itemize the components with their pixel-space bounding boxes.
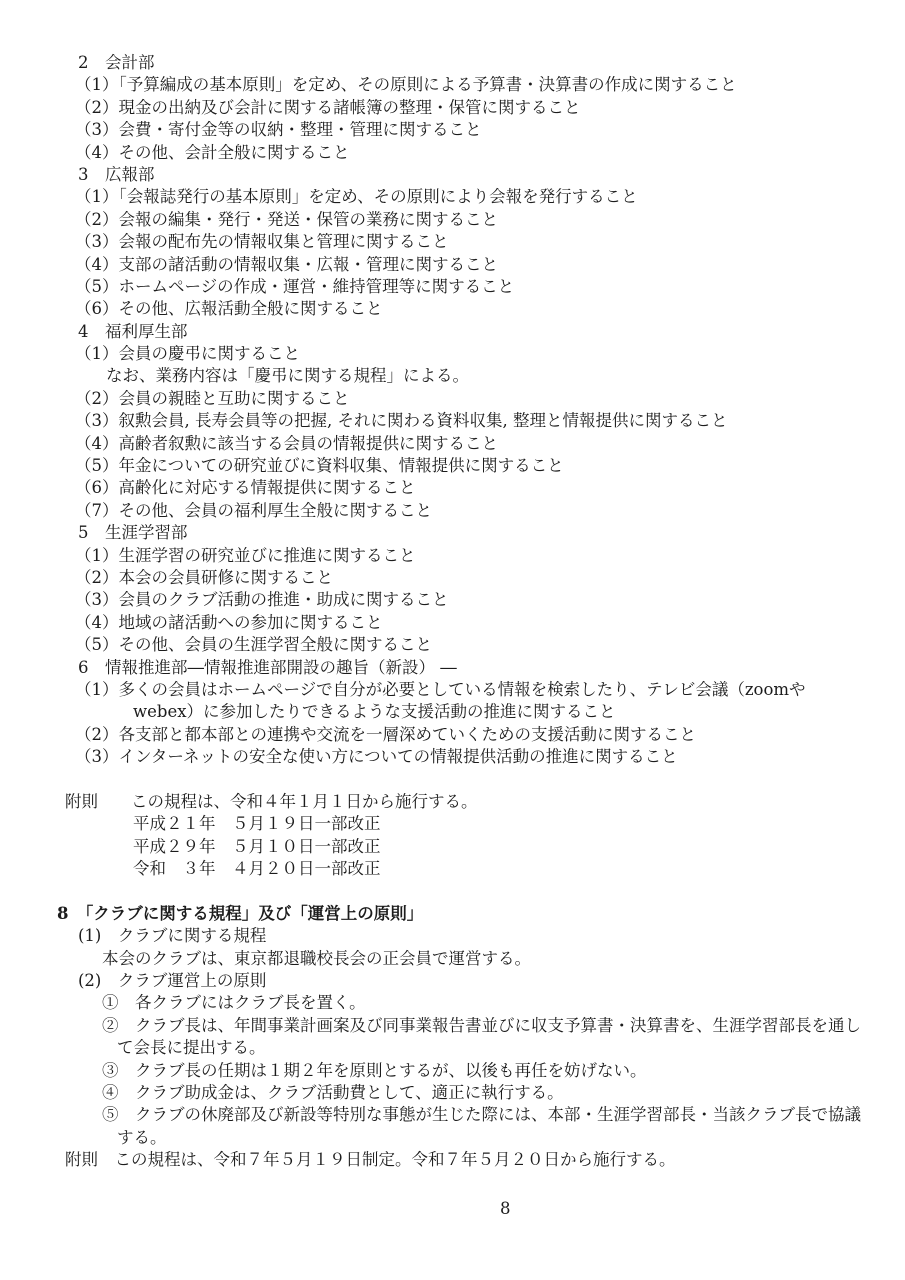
section-header: 3 広報部: [78, 164, 905, 186]
text-line: （7）その他、会員の福利厚生全般に関すること: [75, 500, 905, 522]
amendment-date: 平成２１年 ５月１９日一部改正: [133, 813, 905, 835]
section-heading: 8 「クラブに関する規程」及び「運営上の原則」: [57, 903, 905, 925]
text-line: て会長に提出する。: [117, 1037, 905, 1059]
text-line: （4）地域の諸活動への参加に関すること: [75, 612, 905, 634]
text-line: (1) クラブに関する規程: [78, 925, 905, 947]
text-line: する。: [117, 1127, 905, 1149]
section-header: 6 情報推進部―情報推進部開設の趣旨（新設） ―: [78, 657, 905, 679]
text-line: ① 各クラブにはクラブ長を置く。: [102, 992, 905, 1014]
blank-line: [0, 769, 905, 791]
text-line: （4）その他、会計全般に関すること: [75, 142, 905, 164]
text-line: webex）に参加したりできるような支援活動の推進に関すること: [133, 701, 905, 723]
text-line: （5）年金についての研究並びに資料収集、情報提供に関すること: [75, 455, 905, 477]
text-line: （1）多くの会員はホームページで自分が必要としている情報を検索したり、テレビ会議…: [75, 679, 905, 701]
text-line: （2）会報の編集・発行・発送・保管の業務に関すること: [75, 209, 905, 231]
text-line: (2) クラブ運営上の原則: [78, 970, 905, 992]
text-line: （1）「予算編成の基本原則」を定め、その原則による予算書・決算書の作成に関するこ…: [75, 74, 905, 96]
text-line: 本会のクラブは、東京都退職校長会の正会員で運営する。: [102, 948, 905, 970]
text-line: （2）各支部と都本部との連携や交流を一層深めていくための支援活動に関すること: [75, 724, 905, 746]
supplementary-provision: 附則 この規程は、令和７年５月１９日制定。令和７年５月２０日から施行する。: [65, 1149, 905, 1171]
section-header: 4 福利厚生部: [78, 321, 905, 343]
section-header: 2 会計部: [78, 52, 905, 74]
text-line: （3）会費・寄付金等の収納・整理・管理に関すること: [75, 119, 905, 141]
text-line: （3）叙勲会員, 長寿会員等の把握, それに関わる資料収集, 整理と情報提供に関…: [75, 410, 905, 432]
text-line: （1）「会報誌発行の基本原則」を定め、その原則により会報を発行すること: [75, 186, 905, 208]
text-line: （3）会員のクラブ活動の推進・助成に関すること: [75, 589, 905, 611]
text-line: なお、業務内容は「慶弔に関する規程」による。: [106, 365, 905, 387]
text-line: （4）支部の諸活動の情報収集・広報・管理に関すること: [75, 254, 905, 276]
amendment-date: 平成２９年 ５月１０日一部改正: [133, 836, 905, 858]
text-line: （2）現金の出納及び会計に関する諸帳簿の整理・保管に関すること: [75, 97, 905, 119]
section-header: 5 生涯学習部: [78, 522, 905, 544]
text-line: ③ クラブ長の任期は１期２年を原則とするが、以後も再任を妨げない。: [102, 1060, 905, 1082]
blank-line: [0, 880, 905, 902]
text-line: （5）ホームページの作成・運営・維持管理等に関すること: [75, 276, 905, 298]
document-page: 2 会計部（1）「予算編成の基本原則」を定め、その原則による予算書・決算書の作成…: [0, 0, 905, 1172]
text-line: （2）会員の親睦と互助に関すること: [75, 388, 905, 410]
text-line: （5）その他、会員の生涯学習全般に関すること: [75, 634, 905, 656]
text-line: （2）本会の会員研修に関すること: [75, 567, 905, 589]
text-line: ④ クラブ助成金は、クラブ活動費として、適正に執行する。: [102, 1082, 905, 1104]
text-line: （6）高齢化に対応する情報提供に関すること: [75, 477, 905, 499]
text-line: （3）会報の配布先の情報収集と管理に関すること: [75, 231, 905, 253]
page-number: 8: [500, 1198, 905, 1220]
supplementary-provision: 附則 この規程は、令和４年１月１日から施行する。: [65, 791, 905, 813]
text-line: （4）高齢者叙勲に該当する会員の情報提供に関すること: [75, 433, 905, 455]
text-line: （6）その他、広報活動全般に関すること: [75, 298, 905, 320]
text-line: （1）生涯学習の研究並びに推進に関すること: [75, 545, 905, 567]
text-line: （1）会員の慶弔に関すること: [75, 343, 905, 365]
amendment-date: 令和 ３年 ４月２０日一部改正: [133, 858, 905, 880]
text-line: （3）インターネットの安全な使い方についての情報提供活動の推進に関すること: [75, 746, 905, 768]
text-line: ② クラブ長は、年間事業計画案及び同事業報告書並びに収支予算書・決算書を、生涯学…: [102, 1015, 905, 1037]
text-line: ⑤ クラブの休廃部及び新設等特別な事態が生じた際には、本部・生涯学習部長・当該ク…: [102, 1104, 905, 1126]
